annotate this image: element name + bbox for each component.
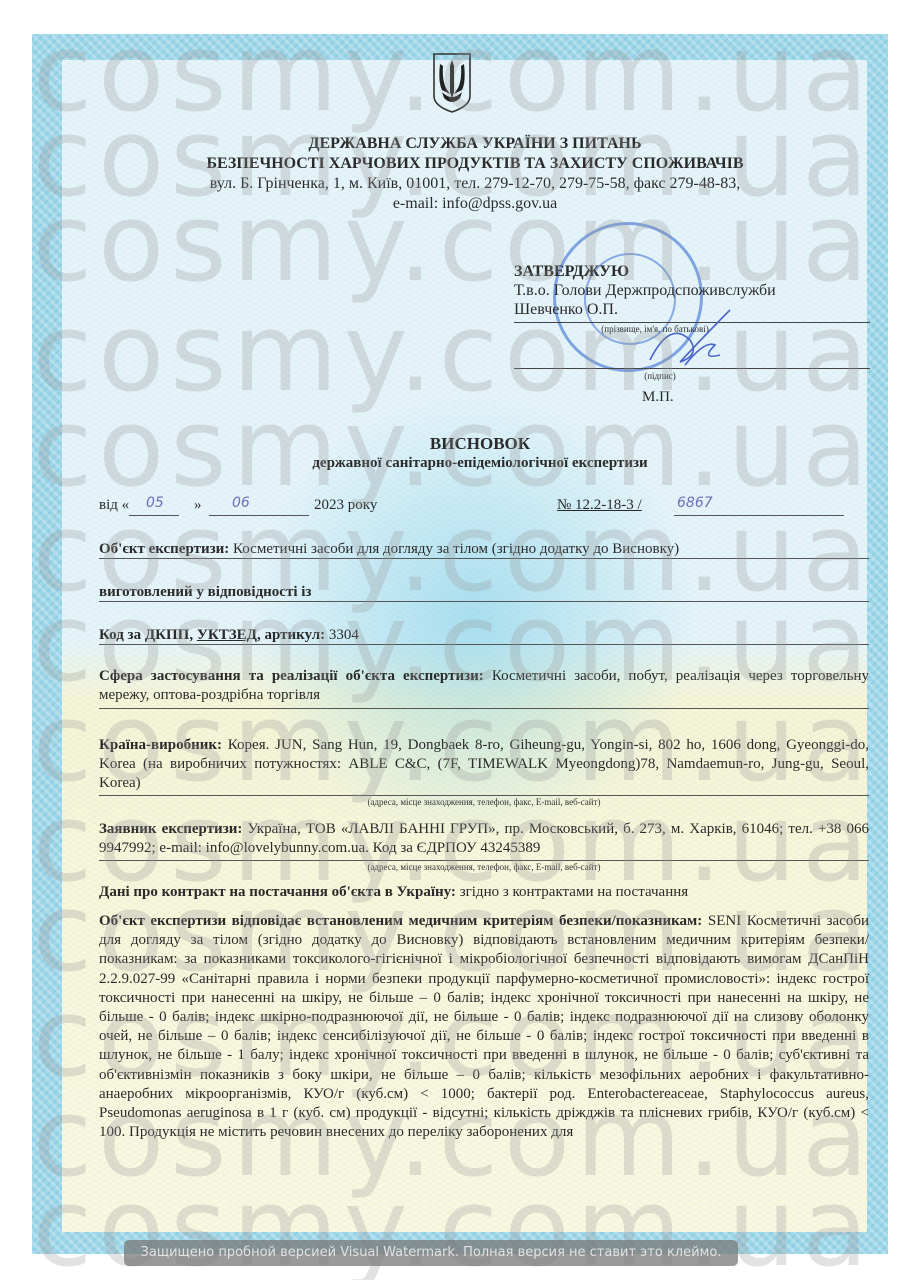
object-value: Косметичні засоби для догляду за тілом (…: [233, 541, 679, 557]
divider: [99, 601, 869, 602]
trident-coat-of-arms-icon: [432, 52, 472, 114]
code-label-c: , артикул:: [257, 627, 325, 643]
scope-field: Сфера застосування та реалізації об'єкта…: [99, 667, 869, 705]
document-subtitle: державної санітарно-епідеміологічної екс…: [90, 455, 870, 472]
date-number-row: від « 05 » 06 2023 року № 12.2-18-3 / 68…: [99, 497, 869, 519]
compliance-value: SENI Косметичні засоби для догляду за ті…: [99, 913, 869, 1140]
divider: [99, 644, 869, 645]
applicant-caption: (адреса, місце знаходження, телефон, фак…: [99, 862, 869, 872]
date-mid: »: [194, 497, 202, 514]
agency-name-line2: БЕЗПЕЧНОСТІ ХАРЧОВИХ ПРОДУКТІВ ТА ЗАХИСТ…: [150, 154, 800, 174]
agency-header: ДЕРЖАВНА СЛУЖБА УКРАЇНИ З ПИТАНЬ БЕЗПЕЧН…: [150, 134, 800, 214]
agency-email: e-mail: info@dpss.gov.ua: [150, 194, 800, 214]
country-label: Країна-виробник:: [99, 737, 222, 753]
document-number: 6867: [677, 495, 713, 511]
signature-caption: (підпис): [610, 371, 710, 381]
signature-underline: [514, 368, 870, 369]
divider: [99, 860, 869, 861]
compliance-label: Об'єкт експертизи відповідає встановлени…: [99, 913, 702, 929]
divider: [99, 558, 869, 559]
contract-value: згідно з контрактами на постачання: [460, 884, 688, 900]
document-title: ВИСНОВОК: [90, 434, 870, 454]
approval-title: ЗАТВЕРДЖУЮ: [514, 262, 874, 281]
date-prefix: від «: [99, 497, 129, 514]
agency-name-line1: ДЕРЖАВНА СЛУЖБА УКРАЇНИ З ПИТАНЬ: [150, 134, 800, 154]
approval-position: Т.в.о. Голови Держпродспоживслужби: [514, 281, 874, 300]
date-month: 06: [232, 495, 250, 511]
object-field: Об'єкт експертизи: Косметичні засоби для…: [99, 540, 869, 559]
object-label: Об'єкт експертизи:: [99, 541, 229, 557]
code-label-b: УКТЗЕД: [197, 627, 257, 643]
compliance-field: Об'єкт експертизи відповідає встановлени…: [99, 912, 869, 1142]
applicant-label: Заявник експертизи:: [99, 821, 242, 837]
manufactured-field: виготовлений у відповідності із: [99, 583, 869, 602]
date-year: 2023 року: [314, 497, 377, 514]
seal-label: М.П.: [642, 389, 674, 406]
number-prefix: № 12.2-18-3 /: [557, 497, 642, 514]
code-label-a: Код за ДКПП,: [99, 627, 197, 643]
contract-label: Дані про контракт на постачання об'єкта …: [99, 884, 456, 900]
date-day: 05: [146, 495, 164, 511]
applicant-field: Заявник експертизи: Україна, ТОВ «ЛАВЛІ …: [99, 820, 869, 858]
code-value: 3304: [329, 627, 359, 643]
trial-watermark-banner: Защищено пробной версией Visual Watermar…: [124, 1240, 738, 1266]
divider: [99, 708, 869, 709]
code-field: Код за ДКПП, УКТЗЕД, артикул: 3304: [99, 626, 869, 645]
manufactured-label: виготовлений у відповідності із: [99, 584, 311, 600]
divider: [99, 795, 869, 796]
contract-field: Дані про контракт на постачання об'єкта …: [99, 883, 869, 902]
country-caption: (адреса, місце знаходження, телефон, фак…: [99, 797, 869, 807]
agency-address: вул. Б. Грінченка, 1, м. Київ, 01001, те…: [150, 174, 800, 194]
country-field: Країна-виробник: Корея. JUN, Sang Hun, 1…: [99, 736, 869, 793]
scope-label: Сфера застосування та реалізації об'єкта…: [99, 668, 484, 684]
